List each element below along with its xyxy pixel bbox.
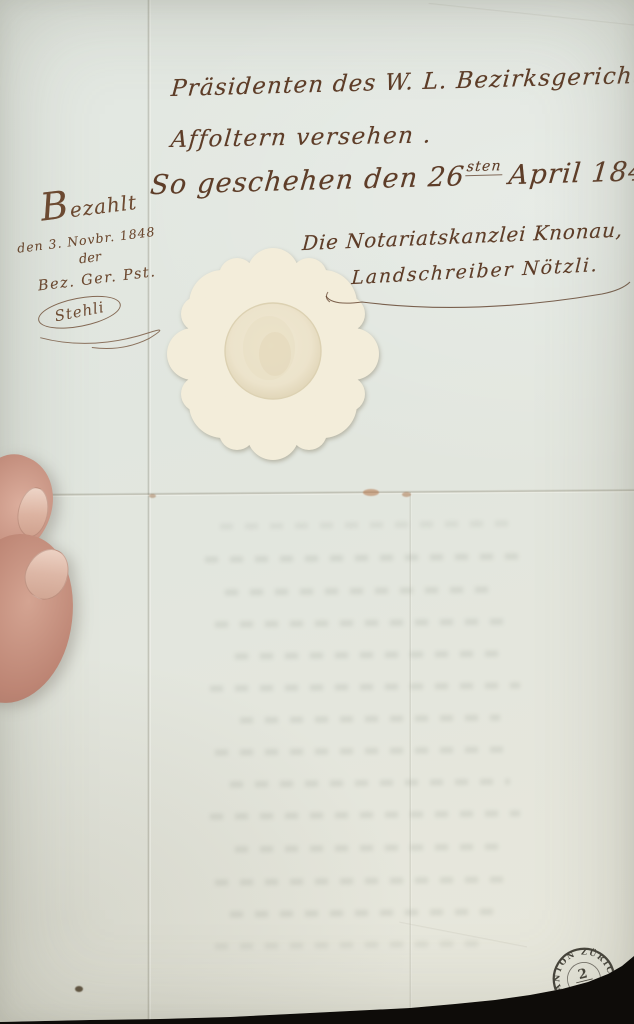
manuscript-line-3: So geschehen den 26stenApril 1848. bbox=[149, 153, 634, 201]
holding-hand bbox=[0, 450, 95, 700]
bleedthrough-line bbox=[215, 876, 515, 885]
margin-note-office: Bez. Ger. Pst. bbox=[37, 262, 176, 295]
bleedthrough-line bbox=[210, 810, 520, 819]
date-ordinal-superscript: sten bbox=[465, 158, 504, 176]
bleedthrough-line bbox=[225, 587, 500, 596]
bleedthrough-line bbox=[215, 941, 480, 950]
bleedthrough-line bbox=[220, 520, 510, 529]
date-line-post: April 1848. bbox=[507, 155, 634, 191]
date-line-pre: So geschehen den 26 bbox=[149, 161, 466, 201]
margin-note-paid: Bezahlt bbox=[38, 171, 168, 230]
bleedthrough-line bbox=[210, 682, 520, 691]
bleedthrough-line bbox=[230, 909, 500, 918]
photo-backdrop: Präsidenten des W. L. Bezirksgerichtes A… bbox=[0, 0, 634, 1024]
foxing-spot bbox=[149, 494, 156, 498]
margin-signature-name: Stehli bbox=[53, 298, 106, 325]
canton-zurich-fiscal-stamp: CANTON ZÜRICH 2 Bz. * bbox=[543, 938, 625, 1020]
vertical-fold-crease-left bbox=[147, 0, 151, 1024]
bleedthrough-line bbox=[215, 618, 515, 627]
foxing-spot bbox=[363, 489, 379, 496]
bleedthrough-line bbox=[235, 844, 505, 853]
bleedthrough-line bbox=[205, 553, 520, 562]
horizontal-fold-crease bbox=[0, 488, 634, 497]
bleedthrough-line bbox=[230, 779, 510, 788]
foxing-spot bbox=[402, 492, 411, 497]
ink-speck bbox=[75, 986, 83, 992]
bleedthrough-line bbox=[215, 746, 515, 755]
stamp-graphic: CANTON ZÜRICH 2 Bz. * bbox=[543, 938, 625, 1020]
bleedthrough-line bbox=[240, 715, 500, 724]
margin-payment-note: Bezahlt den 3. Novbr. 1848 der Bez. Ger.… bbox=[4, 171, 185, 368]
diagonal-crease-top-right bbox=[428, 3, 634, 27]
manuscript-line-1: Präsidenten des W. L. Bezirksgerichtes bbox=[170, 62, 634, 102]
photo-vignette bbox=[0, 0, 634, 1024]
stamp-ornament: * bbox=[586, 997, 594, 1009]
manuscript-line-4: Die Notariatskanzlei Knonau, bbox=[301, 218, 623, 256]
manuscript-line-2: Affoltern versehen . bbox=[170, 122, 434, 153]
document-paper: Präsidenten des W. L. Bezirksgerichtes A… bbox=[0, 0, 634, 1024]
stamp-unit: Bz. bbox=[577, 981, 595, 995]
stamp-value: 2 bbox=[577, 966, 590, 983]
bleedthrough-line bbox=[235, 651, 505, 660]
